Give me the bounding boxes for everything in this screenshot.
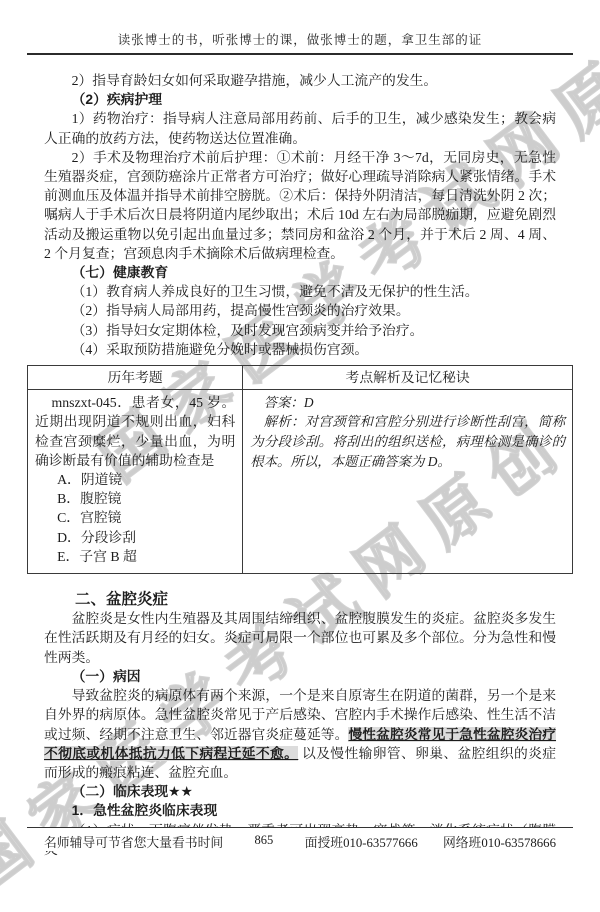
question-option: D．分段诊刮 [35, 528, 235, 547]
page-number: 865 [255, 833, 274, 848]
health-item: （3）指导妇女定期体检，及时发现宫颈病变并给予治疗。 [44, 321, 556, 340]
table-header-row: 历年考题 考点解析及记忆秘诀 [28, 366, 573, 390]
page-header: 读张博士的书，听张博士的课，做张博士的题，拿卫生部的证 [27, 0, 573, 55]
body-text-lower: 二、盆腔炎症 盆腔炎是女性内生殖器及其周围结缔组织、盆腔腹膜发生的炎症。盆腔炎多… [44, 590, 556, 859]
table-content-row: mnszxt-045．患者女，45 岁。近期出现阴道不规则出血，妇科检查宫颈糜烂… [28, 390, 573, 574]
question-cell: mnszxt-045．患者女，45 岁。近期出现阴道不规则出血，妇科检查宫颈糜烂… [28, 390, 243, 574]
question-option: E．子宫 B 超 [35, 547, 235, 566]
health-item: （1）教育病人养成良好的卫生习惯，避免不洁及无保护的性生活。 [44, 282, 556, 301]
analysis-cell: 答案：D 解析：对宫颈管和宫腔分别进行诊断性刮宫，简称为分段诊刮。将刮出的组织送… [243, 390, 573, 574]
analysis-text: 解析：对宫颈管和宫腔分别进行诊断性刮宫，简称为分段诊刮。将刮出的组织送检，病理检… [250, 412, 565, 471]
column-header-analysis: 考点解析及记忆秘诀 [243, 366, 573, 390]
phone-online-class: 网络班010-63578666 [443, 836, 556, 850]
question-stem: mnszxt-045．患者女，45 岁。近期出现阴道不规则出血，妇科检查宫颈糜烂… [35, 393, 235, 470]
footer-phones: 面授班010-63577666 网络班010-63578666 [305, 832, 556, 851]
paragraph-medication: 1）药物治疗：指导病人注意局部用药前、后手的卫生，减少感染发生；教会病人正确的放… [44, 109, 556, 147]
paragraph-cause: 导致盆腔炎的病原体有两个来源，一个是来自原寄生在阴道的菌群，另一个是来自外界的病… [44, 686, 556, 782]
question-option: C．宫腔镜 [35, 508, 235, 527]
heading-cause: （一）病因 [44, 667, 556, 686]
paragraph-contraception: 2）指导育龄妇女如何采取避孕措施，减少人工流产的发生。 [44, 71, 556, 90]
heading-clinical-manifestation: （二）临床表现★★ [44, 782, 556, 801]
exam-question-table: 历年考题 考点解析及记忆秘诀 mnszxt-045．患者女，45 岁。近期出现阴… [27, 365, 573, 574]
question-option: B．腹腔镜 [35, 489, 235, 508]
heading-acute-pid: 1．急性盆腔炎临床表现 [44, 801, 556, 820]
question-option: A．阴道镜 [35, 470, 235, 489]
header-slogan: 读张博士的书，听张博士的课，做张博士的题，拿卫生部的证 [118, 33, 483, 47]
section-title-pelvic-inflammation: 二、盆腔炎症 [44, 590, 556, 609]
answer-line: 答案：D [250, 393, 565, 412]
heading-disease-care: （2）疾病护理 [44, 90, 556, 109]
paragraph-surgery-care: 2）手术及物理治疗术前后护理：①术前：月经干净 3～7d，无同房史，无急性生殖器… [44, 148, 556, 263]
phone-onsite-class: 面授班010-63577666 [305, 836, 418, 850]
page-footer: 名师辅导可节省您大量看书时间 865 面授班010-63577666 网络班01… [27, 827, 573, 851]
page: 读张博士的书，听张博士的课，做张博士的题，拿卫生部的证 2）指导育龄妇女如何采取… [27, 0, 573, 859]
footer-slogan: 名师辅导可节省您大量看书时间 [44, 832, 223, 851]
health-item: （4）采取预防措施避免分娩时或器械损伤宫颈。 [44, 340, 556, 359]
heading-health-education: （七）健康教育 [44, 263, 556, 282]
column-header-question: 历年考题 [28, 366, 243, 390]
paragraph-pid-intro: 盆腔炎是女性内生殖器及其周围结缔组织、盆腔腹膜发生的炎症。盆腔炎多发生在性活跃期… [44, 609, 556, 667]
health-item: （2）指导病人局部用药，提高慢性宫颈炎的治疗效果。 [44, 301, 556, 320]
body-text-upper: 2）指导育龄妇女如何采取避孕措施，减少人工流产的发生。 （2）疾病护理 1）药物… [44, 71, 556, 359]
